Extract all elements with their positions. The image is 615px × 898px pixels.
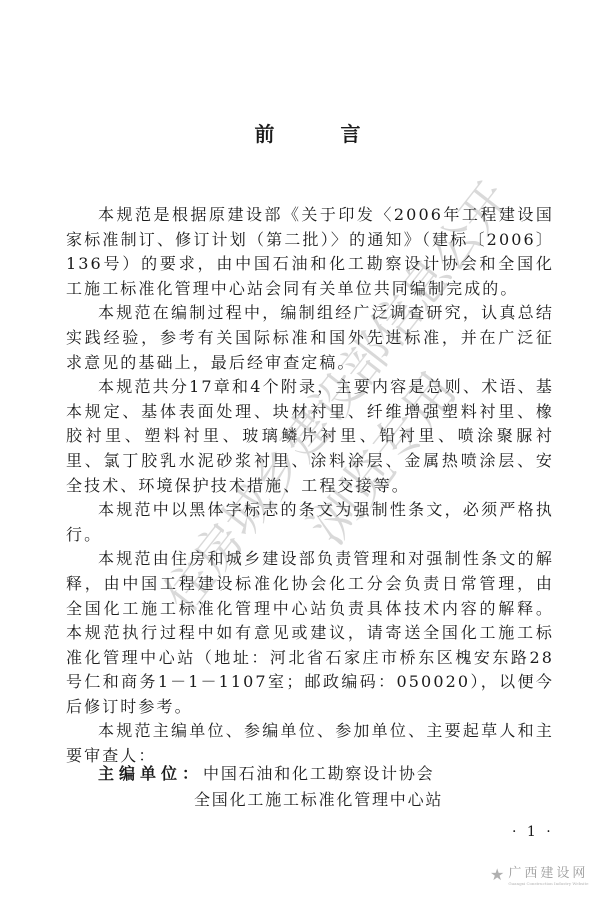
title-char-2: 言 [341,118,361,147]
paragraph-process: 本规范在编制过程中，编制组经广泛调查研究，认真总结实践经验，参考有关国际标准和国… [66,301,554,375]
document-page: 前言 本规范是根据原建设部《关于印发〈2006年工程建设国家标准制订、修订计划（… [0,0,615,898]
preface-body: 本规范是根据原建设部《关于印发〈2006年工程建设国家标准制订、修订计划（第二批… [66,203,554,769]
paragraph-mandatory: 本规范中以黑体字标志的条文为强制性条文，必须严格执行。 [66,498,554,547]
page-title: 前言 [0,118,615,147]
logo-name: 广西建设网 [508,866,588,881]
star-icon: ★ [490,865,504,884]
chief-editors: 主编单位：中国石油和化工勘察设计协会 全国化工施工标准化管理中心站 [98,761,443,813]
paragraph-origin: 本规范是根据原建设部《关于印发〈2006年工程建设国家标准制订、修订计划（第二批… [66,203,554,301]
editor-unit-1: 中国石油和化工勘察设计协会 [203,764,434,783]
paragraph-contents: 本规范共分17章和4个附录，主要内容是总则、术语、基本规定、基体表面处理、块材衬… [66,375,554,498]
editor-unit-2: 全国化工施工标准化管理中心站 [194,790,443,809]
editors-line-2: 全国化工施工标准化管理中心站 [98,787,443,813]
site-logo: ★ 广西建设网 Guangxi Construction Industry We… [490,862,588,886]
logo-text: 广西建设网 Guangxi Construction Industry Webs… [508,862,588,886]
editors-label: 主编单位： [98,764,203,783]
title-char-1: 前 [255,118,275,147]
logo-subtitle: Guangxi Construction Industry Website [508,881,588,886]
editors-line-1: 主编单位：中国石油和化工勘察设计协会 [98,761,443,787]
page-number: · 1 · [512,824,554,840]
paragraph-management: 本规范由住房和城乡建设部负责管理和对强制性条文的解释，由中国工程建设标准化协会化… [66,547,554,719]
